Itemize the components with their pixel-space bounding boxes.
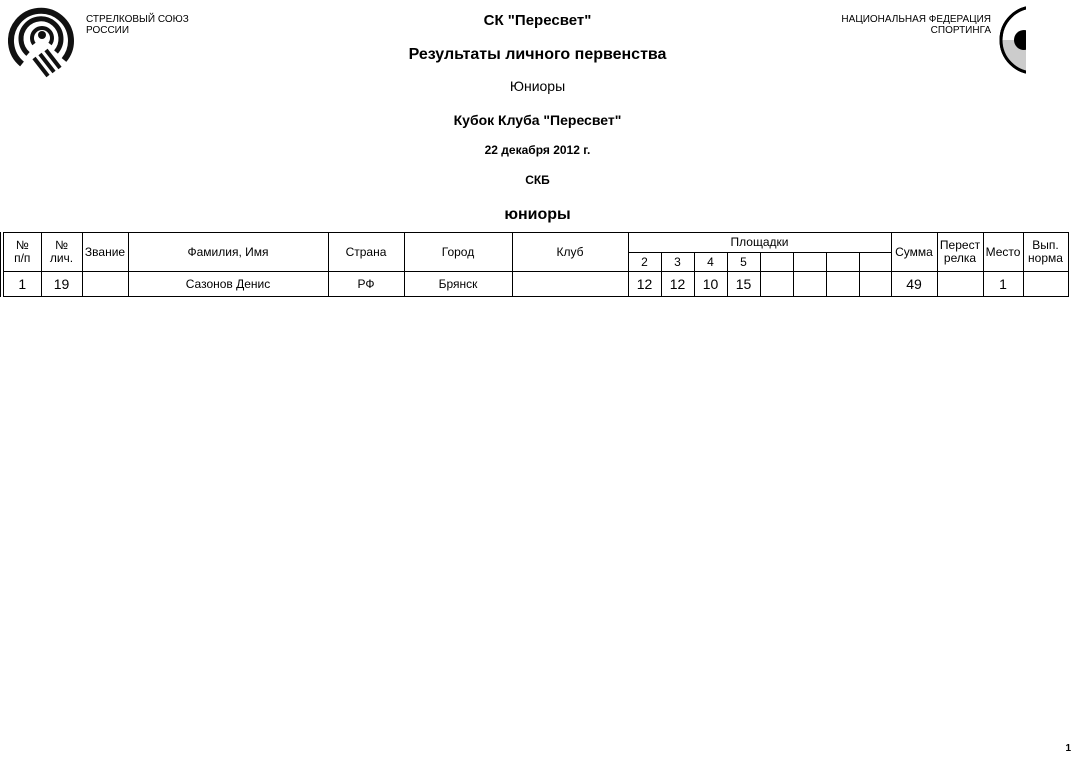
- report-title: Результаты личного первенства: [0, 46, 1075, 64]
- cell-score: 10: [694, 272, 727, 297]
- results-table: № п/п № лич. Звание Фамилия, Имя Страна …: [0, 232, 1069, 297]
- cell-shootoff: [937, 272, 983, 297]
- station-number: [760, 252, 793, 272]
- station-number: 5: [727, 252, 760, 272]
- cell-norm: [1023, 272, 1068, 297]
- page-number: 1: [1065, 743, 1071, 754]
- cell-score: 12: [628, 272, 661, 297]
- col-header-name: Фамилия, Имя: [128, 233, 328, 272]
- station-number: 3: [661, 252, 694, 272]
- col-header-country: Страна: [328, 233, 404, 272]
- col-header-norm: Вып. норма: [1023, 233, 1068, 272]
- cell-score: [760, 272, 793, 297]
- cell-rank: [82, 272, 128, 297]
- cell-total: 49: [891, 272, 937, 297]
- competition-date: 22 декабря 2012 г.: [0, 143, 1075, 157]
- cell-city: Брянск: [404, 272, 512, 297]
- station-number: [793, 252, 826, 272]
- station-number: 2: [628, 252, 661, 272]
- cell-club: [512, 272, 628, 297]
- cell-score: 12: [661, 272, 694, 297]
- cell-score: [793, 272, 826, 297]
- station-number: 4: [694, 252, 727, 272]
- header-line: норма: [1024, 252, 1068, 265]
- category-title: Юниоры: [0, 78, 1075, 94]
- club-title: СК "Пересвет": [0, 12, 1075, 29]
- discipline-title: СКБ: [0, 173, 1075, 187]
- cell-name: Сазонов Денис: [128, 272, 328, 297]
- col-header-place: Место: [983, 233, 1023, 272]
- cell-score: [826, 272, 859, 297]
- col-header-total: Сумма: [891, 233, 937, 272]
- col-header-rank: Звание: [82, 233, 128, 272]
- header-line: п/п: [4, 252, 41, 265]
- cell-score: [859, 272, 891, 297]
- group-title: юниоры: [0, 206, 1075, 224]
- col-header-num: № п/п: [2, 233, 41, 272]
- cell-license: 19: [41, 272, 82, 297]
- cell-place: 1: [983, 272, 1023, 297]
- col-header-club: Клуб: [512, 233, 628, 272]
- col-header-shootoff: Перест релка: [937, 233, 983, 272]
- col-header-city: Город: [404, 233, 512, 272]
- cell-country: РФ: [328, 272, 404, 297]
- station-number: [859, 252, 891, 272]
- cell-score: 15: [727, 272, 760, 297]
- station-number: [826, 252, 859, 272]
- col-header-stations: Площадки: [628, 233, 891, 253]
- competition-title: Кубок Клуба "Пересвет": [0, 112, 1075, 128]
- header-line: релка: [938, 252, 983, 265]
- col-header-license: № лич.: [41, 233, 82, 272]
- header-line: лич.: [42, 252, 82, 265]
- cell-num: 1: [2, 272, 41, 297]
- table-row: 1 19 Сазонов Денис РФ Брянск 12 12 10 15…: [2, 272, 1068, 297]
